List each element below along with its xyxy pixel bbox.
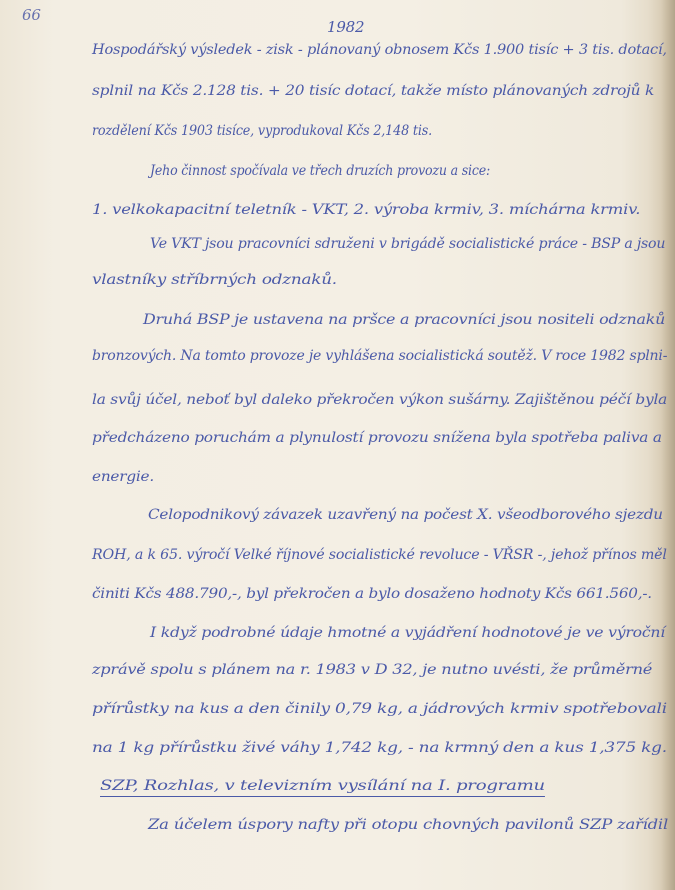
text-line: rozdělení Kčs 1903 tisíce, vyprodukoval … — [92, 123, 432, 139]
text-line: bronzových. Na tomto provoze je vyhlášen… — [92, 348, 667, 364]
text-line: splnil na Kčs 2.128 tis. + 20 tisíc dota… — [92, 83, 654, 99]
page-number: 66 — [22, 6, 41, 24]
text-line: přírůstky na kus a den činily 0,79 kg, a… — [92, 701, 667, 717]
text-line: 1. velkokapacitní teletník - VKT, 2. výr… — [92, 202, 640, 218]
text-line: Ve VKT jsou pracovníci sdruženi v brigád… — [150, 236, 665, 252]
text-line: vlastníky stříbrných odznaků. — [92, 272, 337, 288]
text-line: Druhá BSP je ustavena na pršce a pracovn… — [143, 312, 665, 328]
text-line: Hospodářský výsledek - zisk - plánovaný … — [92, 42, 667, 58]
text-line: na 1 kg přírůstku živé váhy 1,742 kg, - … — [92, 740, 667, 756]
underlined-text-line: SZP, Rozhlas, v televizním vysílání na I… — [100, 778, 545, 794]
text-line: la svůj účel, neboť byl daleko překročen… — [92, 392, 667, 408]
text-line: zprávě spolu s plánem na r. 1983 v D 32,… — [92, 662, 652, 678]
text-line: ROH, a k 65. výročí Velké říjnové social… — [92, 547, 667, 563]
text-line: I když podrobné údaje hmotné a vyjádření… — [150, 625, 665, 641]
text-line: energie. — [92, 469, 154, 485]
year-heading: 1982 — [327, 18, 364, 36]
text-line: činiti Kčs 488.790,-, byl překročen a by… — [92, 586, 652, 602]
text-line: Celopodnikový závazek uzavřený na počest… — [148, 507, 663, 523]
chronicle-page: 66 1982 Hospodářský výsledek - zisk - pl… — [0, 0, 675, 890]
text-line: Za účelem úspory nafty při otopu chovnýc… — [148, 817, 668, 833]
text-line: Jeho činnost spočívala ve třech druzích … — [150, 163, 490, 179]
text-line: předcházeno poruchám a plynulostí provoz… — [92, 430, 662, 446]
